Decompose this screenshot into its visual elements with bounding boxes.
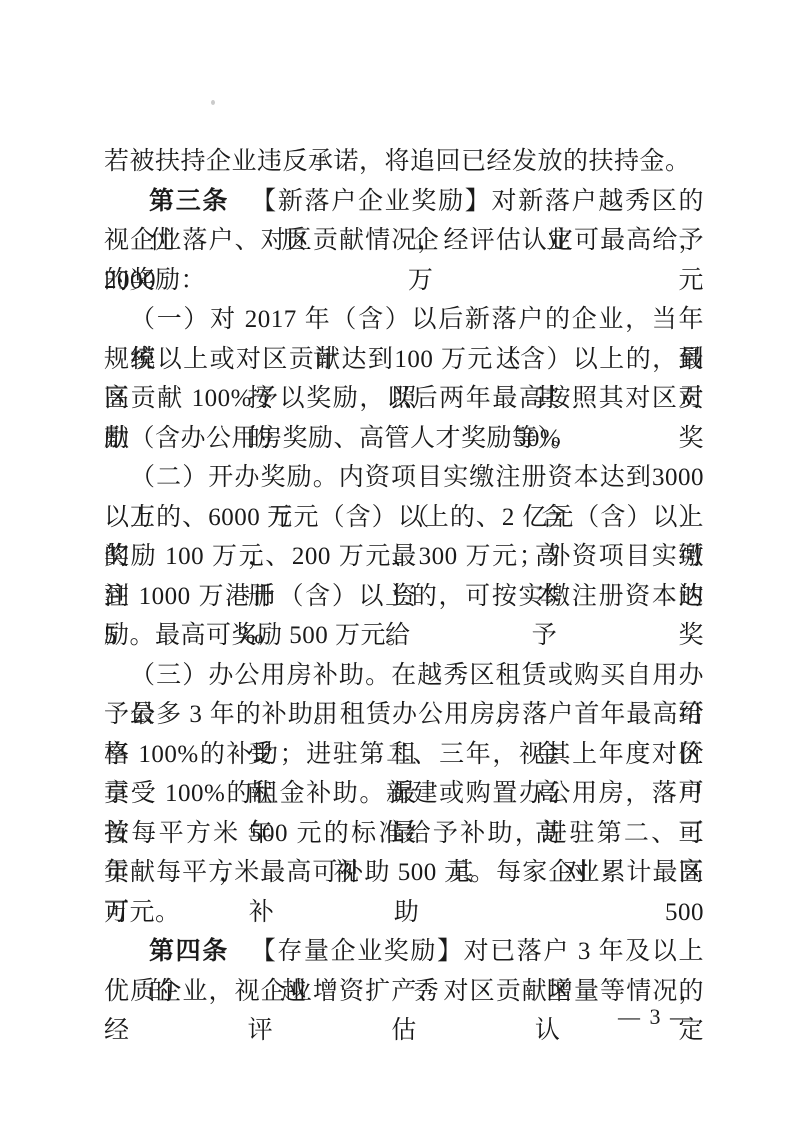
article-3-number: 第三条 (149, 187, 229, 215)
article-4-number: 第四条 (149, 937, 229, 965)
text-line: 享受 100%的租金补助。新建或购置办公用房，落户首年最高可 (104, 774, 704, 814)
text-block: 若被扶持企业违反承诺，将追回已经发放的扶持金。 第三条【新落户企业奖励】对新落户… (104, 142, 704, 1011)
text-line: 规模以上或对区贡献达到100 万元（含）以上的，最高按照其对 (104, 340, 704, 380)
document-page: 若被扶持企业违反承诺，将追回已经发放的扶持金。 第三条【新落户企业奖励】对新落户… (0, 0, 800, 1124)
item-3-line: （三）办公用房补助。在越秀区租赁或购买自用办公用房给 (104, 656, 704, 696)
item-1-line: （一）对 2017 年（含）以后新落户的企业，当年统计达到 (104, 300, 704, 340)
text-line: 以上的、6000 万元（含）以上的、2 亿元（含）以上的，最高可 (104, 498, 704, 538)
text-line: 按每平方米 500 元的标准给予补助，进驻第二、三年，视其对区 (104, 814, 704, 854)
text-line: 视企业落户、对区贡献情况，经评估认定可最高给予 2000 万元 (104, 221, 704, 261)
article-3-heading: 第三条【新落户企业奖励】对新落户越秀区的优质企业， (104, 182, 704, 222)
scan-speck (211, 100, 215, 105)
article-4-heading: 第四条【存量企业奖励】对已落户 3 年及以上的越秀区的 (104, 932, 704, 972)
text-line: 予最多 3 年的补助。租赁办公用房，落户首年最高可享受租金价 (104, 695, 704, 735)
text-line: 格 100%的补助；进驻第二、三年，视其上年度对区贡献最高可 (104, 735, 704, 775)
text-line: 若被扶持企业违反承诺，将追回已经发放的扶持金。 (104, 142, 704, 182)
text-line: 区贡献 100%予以奖励，以后两年最高按照其对区贡献的 50%奖 (104, 379, 704, 419)
page-number: — 3 — (618, 1003, 694, 1031)
item-2-line: （二）开办奖励。内资项目实缴注册资本达到3000 万元（含） (104, 458, 704, 498)
text-line: 优质企业，视企业增资扩产、对区贡献增量等情况，经评估认定 (104, 972, 704, 1012)
text-line: 奖励 100 万元、200 万元、300 万元；外资项目实缴注册资本达 (104, 537, 704, 577)
text-line: 到 1000 万港币（含）以上的，可按实缴注册资本的 5‰给予奖 (104, 577, 704, 617)
text-line: 贡献每平方米最高可补助 500 元。每家企业累计最高可补助 500 (104, 853, 704, 893)
